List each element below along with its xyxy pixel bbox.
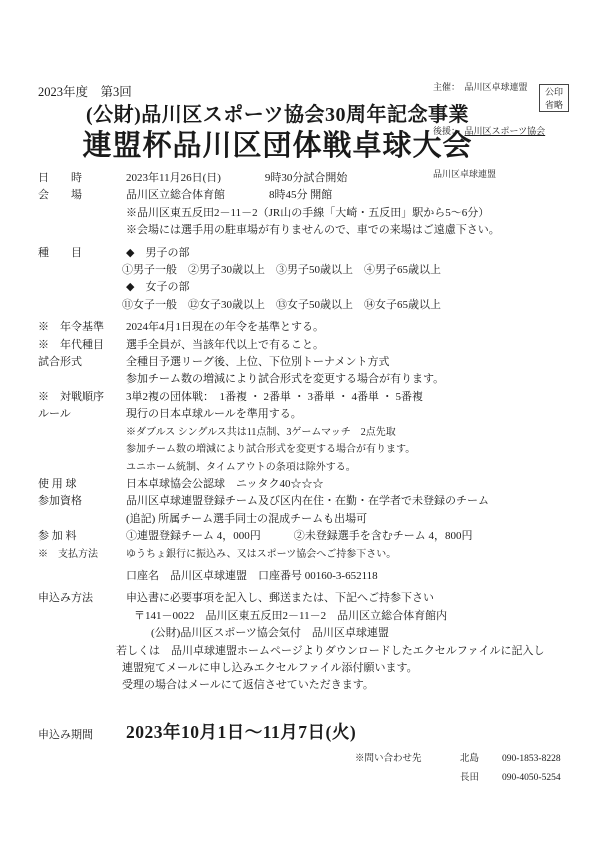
contact-heading: ※問い合わせ先 bbox=[355, 750, 460, 769]
deadline-value: 2023年10月1日～11月7日(火) bbox=[126, 719, 356, 744]
doc-row: 種 目◆ 男子の部 bbox=[38, 245, 573, 262]
row-label bbox=[38, 511, 126, 528]
doc-row: 日 時2023年11月26日(日) 9時30分試合開始 bbox=[38, 170, 573, 187]
doc-row: ⑪女子一般 ⑫女子30歳以上 ⑬女子50歳以上 ⑭女子65歳以上 bbox=[38, 297, 573, 314]
doc-row: 若しくは 品川卓球連盟ホームページよりダウンロードしたエクセルファイルに記入し bbox=[38, 643, 573, 660]
row-label bbox=[38, 677, 126, 694]
document-page: 主催： 品川区卓球連盟 後援： 品川区スポーツ協会 品川区卓球連盟 公印 省略 … bbox=[0, 0, 595, 842]
doc-row: ※ 支払方法ゆうちょ銀行に振込み、又はスポーツ協会へご持参下さい。 bbox=[38, 546, 573, 563]
row-label: 会 場 bbox=[38, 187, 126, 204]
doc-row: 受理の場合はメールにて返信させていただきます。 bbox=[38, 677, 573, 694]
row-label bbox=[38, 608, 126, 625]
doc-row: ①男子一般 ②男子30歳以上 ③男子50歳以上 ④男子65歳以上 bbox=[38, 262, 573, 279]
doc-row: ユニホーム統制、タイムアウトの条項は除外する。 bbox=[38, 459, 573, 476]
row-text: 現行の日本卓球ルールを準用する。 bbox=[126, 406, 573, 423]
row-text: 選手全員が、当該年代以上で有ること。 bbox=[126, 337, 573, 354]
row-label: 申込み方法 bbox=[38, 590, 126, 607]
row-text: 口座名 品川区卓球連盟 口座番号 00160-3-652118 bbox=[126, 568, 573, 585]
row-text: ※品川区東五反田2－11－2（JR山の手線「大崎・五反田」駅から5～6分） bbox=[126, 205, 573, 222]
row-text: 受理の場合はメールにて返信させていただきます。 bbox=[122, 677, 573, 694]
row-label: 試合形式 bbox=[38, 354, 126, 371]
doc-row: 参加資格品川区卓球連盟登録チーム及び区内在住・在勤・在学者で未登録のチーム bbox=[38, 493, 573, 510]
doc-row: 参加チーム数の増減により試合形式を変更する場合が有ります。 bbox=[38, 441, 573, 458]
row-label bbox=[38, 459, 126, 476]
row-text: 2023年11月26日(日) 9時30分試合開始 bbox=[126, 170, 573, 187]
row-text: ※会場には選手用の駐車場が有りませんので、車での来場はご遠慮下さい。 bbox=[126, 222, 573, 239]
row-text: 2024年4月1日現在の年令を基準とする。 bbox=[126, 319, 573, 336]
row-label: 使 用 球 bbox=[38, 476, 126, 493]
doc-row: ※品川区東五反田2－11－2（JR山の手線「大崎・五反田」駅から5～6分） bbox=[38, 205, 573, 222]
row-label bbox=[38, 441, 126, 458]
row-text: 連盟宛てメールに申し込みエクセルファイル添付願います。 bbox=[122, 660, 573, 677]
row-text: ◆ 男子の部 bbox=[126, 245, 573, 262]
row-text: 3単2複の団体戦： 1番複 ・ 2番単 ・ 3番単 ・ 4番単 ・ 5番複 bbox=[126, 389, 573, 406]
row-text: (公財)品川区スポーツ協会気付 品川区卓球連盟 bbox=[126, 625, 573, 642]
row-label bbox=[38, 205, 126, 222]
contact-row: 長田090-4050-5254 bbox=[355, 769, 573, 788]
row-text: (追記) 所属チーム選手同士の混成チームも出場可 bbox=[126, 511, 573, 528]
row-label bbox=[38, 279, 126, 296]
deadline-label: 申込み期間 bbox=[38, 726, 126, 742]
row-text: 参加チーム数の増減により試合形式を変更する場合が有ります。 bbox=[126, 441, 573, 458]
organizer-line: 主催： 品川区卓球連盟 bbox=[433, 80, 545, 95]
row-text: 申込書に必要事項を記入し、郵送または、下記へご持参下さい bbox=[126, 590, 573, 607]
doc-row: 〒141－0022 品川区東五反田2－11－2 品川区立総合体育館内 bbox=[38, 608, 573, 625]
page-title: 連盟杯品川区団体戦卓球大会 bbox=[0, 128, 555, 164]
fiscal-year-label: 2023年度 第3回 bbox=[38, 82, 132, 100]
organizer-name: 品川区卓球連盟 bbox=[465, 82, 528, 92]
doc-row: (公財)品川区スポーツ協会気付 品川区卓球連盟 bbox=[38, 625, 573, 642]
row-text: 品川区卓球連盟登録チーム及び区内在住・在勤・在学者で未登録のチーム bbox=[126, 493, 573, 510]
doc-row: 参加チーム数の増減により試合形式を変更する場合が有ります。 bbox=[38, 371, 573, 388]
organizer-label: 主催： bbox=[433, 82, 465, 92]
row-label bbox=[38, 424, 126, 441]
subtitle: (公財)品川区スポーツ協会30周年記念事業 bbox=[0, 102, 555, 128]
doc-row: 連盟宛てメールに申し込みエクセルファイル添付願います。 bbox=[38, 660, 573, 677]
row-text: 参加チーム数の増減により試合形式を変更する場合が有ります。 bbox=[126, 371, 573, 388]
document-body: 日 時2023年11月26日(日) 9時30分試合開始会 場品川区立総合体育館 … bbox=[38, 170, 573, 788]
row-label bbox=[38, 660, 126, 677]
doc-row: 使 用 球日本卓球協会公認球 ニッタク40☆☆☆ bbox=[38, 476, 573, 493]
doc-row: ◆ 女子の部 bbox=[38, 279, 573, 296]
doc-row: ※ 対戦順序3単2複の団体戦： 1番複 ・ 2番単 ・ 3番単 ・ 4番単 ・ … bbox=[38, 389, 573, 406]
row-text: 日本卓球協会公認球 ニッタク40☆☆☆ bbox=[126, 476, 573, 493]
row-label: ルール bbox=[38, 406, 126, 423]
row-label bbox=[38, 297, 126, 314]
doc-row: 会 場品川区立総合体育館 8時45分 開館 bbox=[38, 187, 573, 204]
row-text: ⑪女子一般 ⑫女子30歳以上 ⑬女子50歳以上 ⑭女子65歳以上 bbox=[122, 297, 573, 314]
row-label: 日 時 bbox=[38, 170, 126, 187]
contact-heading bbox=[355, 769, 460, 788]
row-text: 〒141－0022 品川区東五反田2－11－2 品川区立総合体育館内 bbox=[126, 608, 573, 625]
row-text: 全種目予選リーグ後、上位、下位別トーナメント方式 bbox=[126, 354, 573, 371]
row-label: ※ 年令基準 bbox=[38, 319, 126, 336]
row-label bbox=[38, 643, 126, 660]
doc-row: ※ 年代種目選手全員が、当該年代以上で有ること。 bbox=[38, 337, 573, 354]
document-rows: 日 時2023年11月26日(日) 9時30分試合開始会 場品川区立総合体育館 … bbox=[38, 170, 573, 695]
row-label: ※ 支払方法 bbox=[38, 546, 126, 563]
deadline-row: 申込み期間 2023年10月1日～11月7日(火) bbox=[38, 719, 573, 744]
row-label: 参 加 料 bbox=[38, 528, 126, 545]
seal-line-1: 公印 bbox=[540, 86, 568, 99]
contact-phone: 090-1853-8228 bbox=[502, 750, 561, 769]
row-text: 若しくは 品川卓球連盟ホームページよりダウンロードしたエクセルファイルに記入し bbox=[116, 643, 573, 660]
doc-row: 口座名 品川区卓球連盟 口座番号 00160-3-652118 bbox=[38, 568, 573, 585]
doc-row: ※ 年令基準2024年4月1日現在の年令を基準とする。 bbox=[38, 319, 573, 336]
row-label bbox=[38, 371, 126, 388]
row-label bbox=[38, 568, 126, 585]
doc-row: 試合形式全種目予選リーグ後、上位、下位別トーナメント方式 bbox=[38, 354, 573, 371]
doc-row: ※ダブルス シングルス共は11点制、3ゲームマッチ 2点先取 bbox=[38, 424, 573, 441]
row-text: ゆうちょ銀行に振込み、又はスポーツ協会へご持参下さい。 bbox=[126, 546, 573, 563]
row-text: ①男子一般 ②男子30歳以上 ③男子50歳以上 ④男子65歳以上 bbox=[122, 262, 573, 279]
row-text: ※ダブルス シングルス共は11点制、3ゲームマッチ 2点先取 bbox=[126, 424, 573, 441]
contact-name: 北島 bbox=[460, 750, 502, 769]
doc-row: 参 加 料①連盟登録チーム 4，000円 ②未登録選手を含むチーム 4，800円 bbox=[38, 528, 573, 545]
doc-row: ※会場には選手用の駐車場が有りませんので、車での来場はご遠慮下さい。 bbox=[38, 222, 573, 239]
row-text: ①連盟登録チーム 4，000円 ②未登録選手を含むチーム 4，800円 bbox=[126, 528, 573, 545]
title-block: (公財)品川区スポーツ協会30周年記念事業 連盟杯品川区団体戦卓球大会 bbox=[0, 102, 555, 164]
contact-block: ※問い合わせ先北島090-1853-8228長田090-4050-5254 bbox=[38, 750, 573, 788]
row-text: ◆ 女子の部 bbox=[126, 279, 573, 296]
row-label bbox=[38, 262, 126, 279]
contact-row: ※問い合わせ先北島090-1853-8228 bbox=[355, 750, 573, 769]
doc-row: 申込み方法申込書に必要事項を記入し、郵送または、下記へご持参下さい bbox=[38, 590, 573, 607]
row-label: ※ 年代種目 bbox=[38, 337, 126, 354]
row-label: 種 目 bbox=[38, 245, 126, 262]
row-label bbox=[38, 625, 126, 642]
contact-name: 長田 bbox=[460, 769, 502, 788]
doc-row: (追記) 所属チーム選手同士の混成チームも出場可 bbox=[38, 511, 573, 528]
row-label: ※ 対戦順序 bbox=[38, 389, 126, 406]
row-text: ユニホーム統制、タイムアウトの条項は除外する。 bbox=[126, 459, 573, 476]
contact-phone: 090-4050-5254 bbox=[502, 769, 561, 788]
row-label: 参加資格 bbox=[38, 493, 126, 510]
row-text: 品川区立総合体育館 8時45分 開館 bbox=[126, 187, 573, 204]
row-label bbox=[38, 222, 126, 239]
doc-row: ルール現行の日本卓球ルールを準用する。 bbox=[38, 406, 573, 423]
